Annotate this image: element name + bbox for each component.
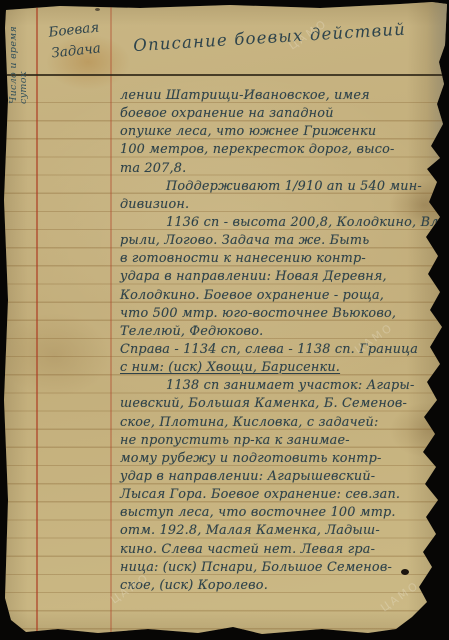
handwritten-line: не пропустить пр-ка к занимае- bbox=[120, 432, 442, 450]
handwritten-line: кино. Слева частей нет. Левая гра- bbox=[120, 541, 442, 559]
handwritten-line: мому рубежу и подготовить контр- bbox=[120, 450, 442, 468]
handwritten-line: рыли, Логово. Задача та же. Быть bbox=[120, 232, 442, 250]
handwritten-line: 1138 сп занимает участок: Агары- bbox=[120, 377, 442, 395]
ink-blot bbox=[401, 569, 409, 575]
column-header-date-time: Число и время суток bbox=[9, 10, 29, 104]
handwritten-line: 100 метров, перекресток дорог, высо- bbox=[120, 141, 442, 159]
handwritten-line: дивизион. bbox=[120, 196, 442, 214]
handwritten-line: ница: (иск) Пснари, Большое Семенов- bbox=[120, 559, 442, 577]
handwritten-line: опушке леса, что южнее Гриженки bbox=[120, 123, 442, 141]
handwritten-line: в готовности к нанесению контр- bbox=[120, 250, 442, 268]
handwritten-line: отм. 192.8, Малая Каменка, Ладыш- bbox=[120, 522, 442, 540]
column-rule-left bbox=[36, 4, 38, 632]
column-header-combat-task: Боевая Задача bbox=[38, 16, 112, 65]
handwritten-text-block: лении Шатрищи-Ивановское, имея боевое ох… bbox=[120, 87, 442, 595]
handwritten-line: Лысая Гора. Боевое охранение: сев.зап. bbox=[120, 486, 442, 504]
paper-speck bbox=[95, 8, 100, 11]
header-separator-line bbox=[0, 74, 449, 76]
handwritten-line: Справа - 1134 сп, слева - 1138 сп. Грани… bbox=[120, 341, 442, 359]
column-rule-right bbox=[110, 4, 112, 632]
column-header-description: Описание боевых действий bbox=[133, 18, 434, 55]
handwritten-line: удар в направлении: Агарышевский- bbox=[120, 468, 442, 486]
handwritten-line: шевский, Большая Каменка, Б. Семенов- bbox=[120, 395, 442, 413]
handwritten-line: 1136 сп - высота 200,8, Колодкино, Вла- bbox=[120, 214, 442, 232]
scanned-page: Число и время суток Боевая Задача Описан… bbox=[0, 0, 449, 640]
handwritten-line: Поддерживают 1/910 ап и 540 мин- bbox=[120, 178, 442, 196]
handwritten-line: Колодкино. Боевое охранение - роща, bbox=[120, 287, 442, 305]
handwritten-line: удара в направлении: Новая Деревня, bbox=[120, 268, 442, 286]
handwritten-line: выступ леса, что восточнее 100 мтр. bbox=[120, 504, 442, 522]
handwritten-line: та 207,8. bbox=[120, 160, 442, 178]
handwritten-line: с ним: (иск) Хвощи, Барисенки. bbox=[120, 359, 442, 377]
handwritten-line: боевое охранение на западной bbox=[120, 105, 442, 123]
handwritten-line: что 500 мтр. юго-восточнее Вьюково, bbox=[120, 305, 442, 323]
paper-sheet: Число и время суток Боевая Задача Описан… bbox=[0, 0, 449, 640]
handwritten-line: лении Шатрищи-Ивановское, имея bbox=[120, 87, 442, 105]
handwritten-line: ское, Плотина, Кисловка, с задачей: bbox=[120, 414, 442, 432]
